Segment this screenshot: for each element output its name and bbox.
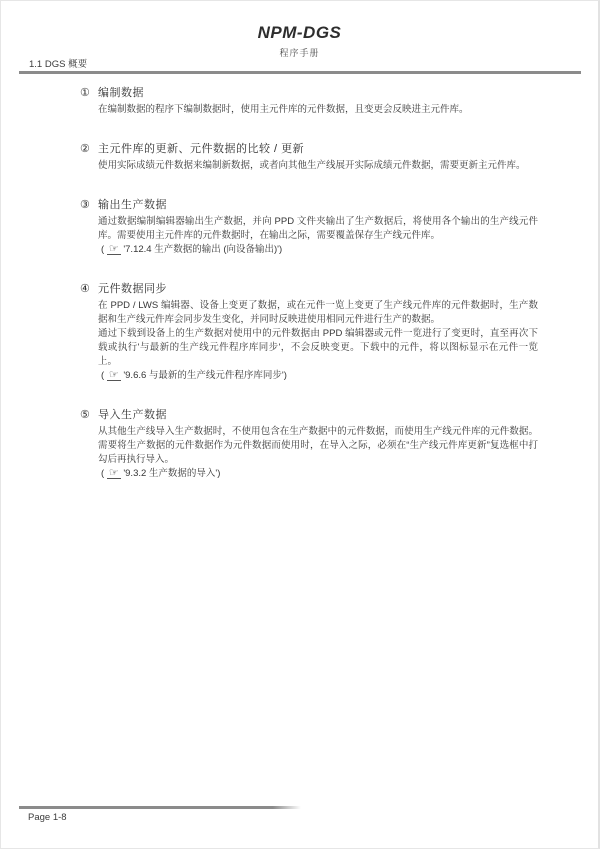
section-heading: ② 主元件库的更新、元件数据的比较 / 更新 [98,143,538,156]
footer-page-number: Page 1-8 [28,812,67,823]
section-body: 通过数据编制编辑器输出生产数据，并向 PPD 文件夹输出了生产数据后，将使用各个… [98,215,538,257]
section-title: 编制数据 [98,87,144,99]
paragraph: 在编制数据的程序下编制数据时，使用主元件库的元件数据，且变更会反映进主元件库。 [98,103,538,117]
circled-number: ④ [80,283,90,296]
circled-number: ① [80,87,90,100]
cross-reference: ( ☞ '9.6.6 与最新的生产线元件程序库同步') [98,369,538,383]
section-body: 在 PPD / LWS 编辑器、设备上变更了数据，或在元件一览上变更了生产线元件… [98,299,538,383]
section-heading: ③ 输出生产数据 [98,199,538,212]
reference-icon: ☞ [107,244,121,255]
ref-text: '9.3.2 生产数据的导入') [123,468,220,479]
section-body: 从其他生产线导入生产数据时，不使用包含在生产数据中的元件数据，而使用生产线元件库… [98,425,538,481]
document-subtitle: 程序手册 [1,46,598,59]
section-4-part-data-sync: ④ 元件数据同步 在 PPD / LWS 编辑器、设备上变更了数据，或在元件一览… [98,283,538,383]
paragraph: 通过下载到设备上的生产数据对使用中的元件数据由 PPD 编辑器或元件一览进行了变… [98,327,538,369]
paragraph: 使用实际成绩元件数据来编制新数据，或者向其他生产线展开实际成绩元件数据，需要更新… [98,159,538,173]
reference-icon: ☞ [107,370,121,381]
section-heading: ④ 元件数据同步 [98,283,538,296]
ref-open: ( [101,370,104,381]
section-title: 主元件库的更新、元件数据的比较 / 更新 [98,143,304,155]
section-2-master-library-update: ② 主元件库的更新、元件数据的比较 / 更新 使用实际成绩元件数据来编制新数据，… [98,143,538,173]
section-title: 导入生产数据 [98,409,167,421]
paragraph: 在 PPD / LWS 编辑器、设备上变更了数据，或在元件一览上变更了生产线元件… [98,299,538,327]
section-title: 输出生产数据 [98,199,167,211]
header-rule [19,71,581,74]
document-title: NPM-DGS [1,1,598,43]
paragraph: 从其他生产线导入生产数据时，不使用包含在生产数据中的元件数据，而使用生产线元件库… [98,425,538,467]
circled-number: ③ [80,199,90,212]
ref-text: '7.12.4 生产数据的输出 (向设备输出)') [123,244,282,255]
circled-number: ⑤ [80,409,90,422]
section-5-import-production-data: ⑤ 导入生产数据 从其他生产线导入生产数据时，不使用包含在生产数据中的元件数据，… [98,409,538,481]
section-3-output-production-data: ③ 输出生产数据 通过数据编制编辑器输出生产数据，并向 PPD 文件夹输出了生产… [98,199,538,257]
section-heading: ⑤ 导入生产数据 [98,409,538,422]
cross-reference: ( ☞ '9.3.2 生产数据的导入') [98,467,538,481]
ref-open: ( [101,244,104,255]
manual-page: NPM-DGS 程序手册 1.1 DGS 概要 ① 编制数据 在编制数据的程序下… [0,0,600,849]
ref-open: ( [101,468,104,479]
section-title: 元件数据同步 [98,283,167,295]
ref-text: '9.6.6 与最新的生产线元件程序库同步') [123,370,287,381]
reference-icon: ☞ [107,468,121,479]
cross-reference: ( ☞ '7.12.4 生产数据的输出 (向设备输出)') [98,243,538,257]
paragraph: 通过数据编制编辑器输出生产数据，并向 PPD 文件夹输出了生产数据后，将使用各个… [98,215,538,243]
circled-number: ② [80,143,90,156]
section-heading: ① 编制数据 [98,87,538,100]
section-body: 在编制数据的程序下编制数据时，使用主元件库的元件数据，且变更会反映进主元件库。 [98,103,538,117]
section-body: 使用实际成绩元件数据来编制新数据，或者向其他生产线展开实际成绩元件数据，需要更新… [98,159,538,173]
section-breadcrumb: 1.1 DGS 概要 [29,56,87,70]
footer-rule [19,806,301,809]
section-1-compile-data: ① 编制数据 在编制数据的程序下编制数据时，使用主元件库的元件数据，且变更会反映… [98,87,538,117]
page-content: ① 编制数据 在编制数据的程序下编制数据时，使用主元件库的元件数据，且变更会反映… [98,87,538,507]
